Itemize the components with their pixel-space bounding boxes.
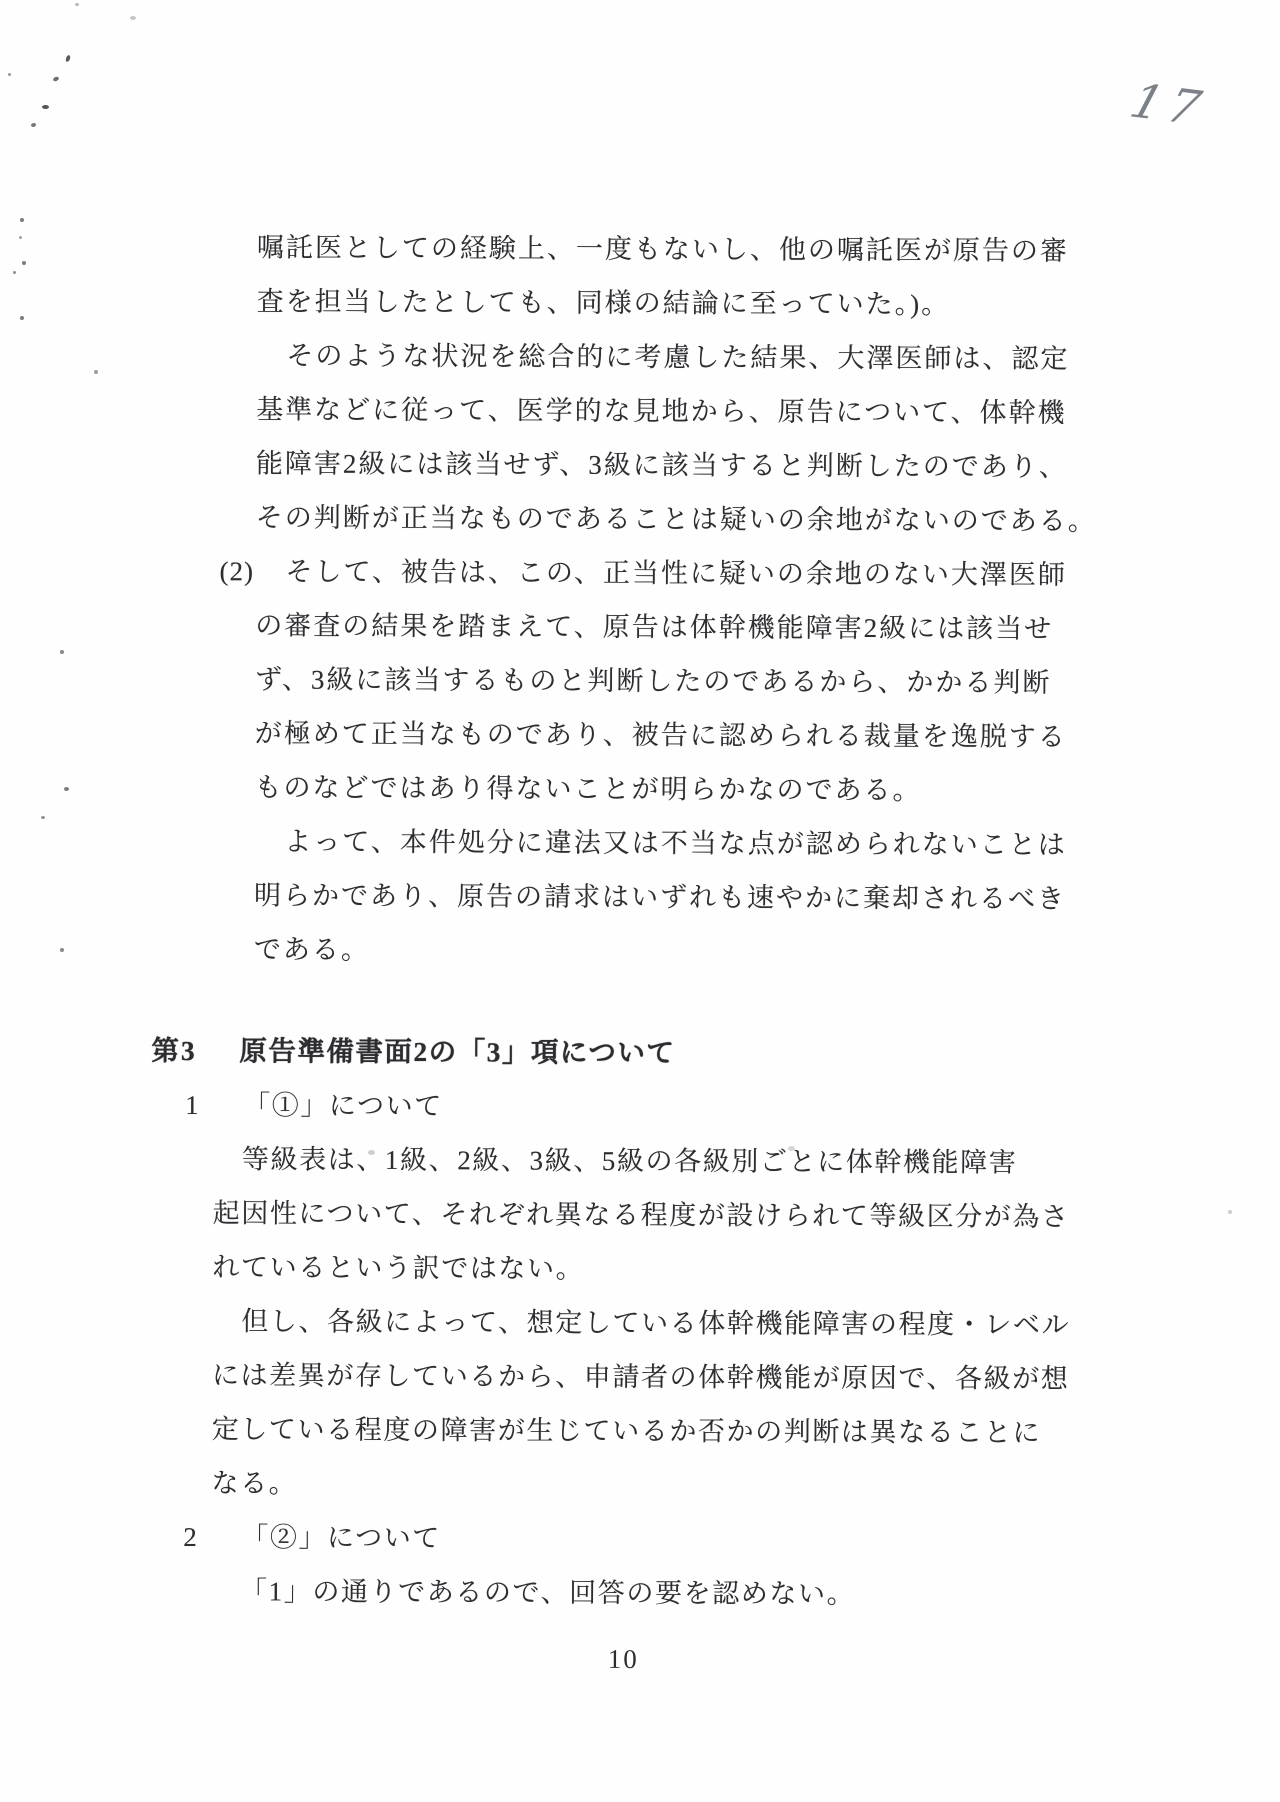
list-item-2-line: (2)そして、被告は、この、正当性に疑いの余地のない大澤医師	[219, 544, 1277, 603]
text-line: 基準などに従って、医学的な見地から、原告について、体幹機	[256, 382, 1278, 440]
blank-line	[0, 975, 1276, 1029]
section-heading: 第3原告準備書面2の「3」項について	[151, 1024, 1275, 1083]
list-item-2-marker: (2)	[219, 544, 285, 598]
text-line: 等級表は、1級、2級、3級、5級の各級別ごとに体幹機能障害	[242, 1132, 1275, 1191]
subitem-2-number: 2	[183, 1510, 241, 1564]
text-line: れているという訳ではない。	[212, 1240, 1274, 1299]
text-line: そして、被告は、この、正当性に疑いの余地のない大澤医師	[285, 556, 1067, 589]
subitem-2-title: 「②」について	[241, 1522, 441, 1553]
subitem-1-heading: 1「①」について	[185, 1078, 1275, 1137]
text-line: よって、本件処分に違法又は不当な点が認められないことは	[284, 814, 1276, 872]
text-line: 但し、各級によって、想定している体幹機能障害の程度・レベル	[241, 1294, 1274, 1353]
text-line: 「1」の通りであるので、回答の要を認めない。	[240, 1564, 1273, 1623]
text-line: 明らかであり、原告の請求はいずれも速やかに棄却されるべき	[254, 868, 1276, 926]
text-line: ず、3級に該当するものと判断したのであるから、かかる判断	[255, 652, 1277, 710]
subitem-1-title: 「①」について	[243, 1090, 443, 1121]
scanned-document-page: 17 嘱託医としての経験上、一度もないし、他の嘱託医が原告の審 査を担当したとし…	[0, 0, 1280, 1802]
text-line: には差異が存しているから、申請者の体幹機能が原因で、各級が想	[212, 1348, 1274, 1407]
section-number: 第3	[151, 1024, 239, 1078]
subitem-1-number: 1	[185, 1078, 243, 1132]
text-line: 定している程度の障害が生じているか否かの判断は異なることに	[212, 1402, 1274, 1461]
document-body: 嘱託医としての経験上、一度もないし、他の嘱託医が原告の審 査を担当したとしても、…	[0, 0, 1280, 1689]
text-line: 査を担当したとしても、同様の結論に至っていた。)。	[257, 274, 1279, 332]
text-line: ものなどではあり得ないことが明らかなのである。	[254, 760, 1276, 818]
text-line: の審査の結果を踏まえて、原告は体幹機能障害2級には該当せ	[255, 598, 1277, 656]
text-line: が極めて正当なものであり、被告に認められる裁量を逸脱する	[255, 706, 1277, 764]
text-line: 嘱託医としての経験上、一度もないし、他の嘱託医が原告の審	[257, 220, 1279, 278]
text-line: 起因性について、それぞれ異なる程度が設けられて等級区分が為さ	[213, 1186, 1275, 1245]
section-title: 原告準備書面2の「3」項について	[239, 1035, 675, 1068]
text-line: その判断が正当なものであることは疑いの余地がないのである。	[256, 490, 1278, 548]
text-line: である。	[254, 922, 1276, 980]
text-line: そのような状況を総合的に考慮した結果、大澤医師は、認定	[286, 328, 1278, 386]
text-line: なる。	[211, 1456, 1273, 1515]
subitem-2-heading: 2「②」について	[183, 1510, 1273, 1569]
text-line: 能障害2級には該当せず、3級に該当すると判断したのであり、	[256, 436, 1278, 494]
page-number: 10	[608, 1632, 1273, 1689]
